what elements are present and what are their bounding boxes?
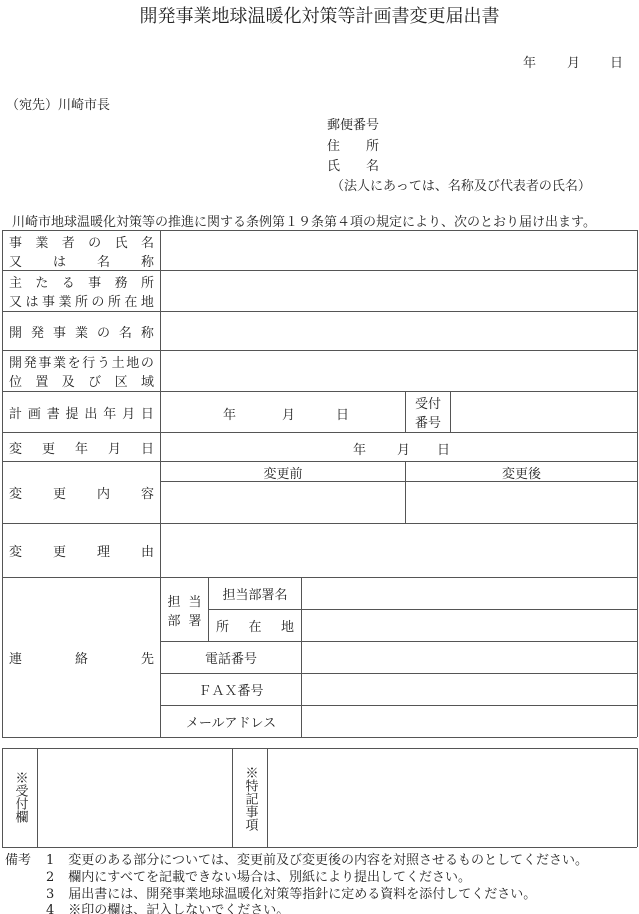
label-office-address: 主たる事務所 又は事業所の所在地 xyxy=(9,272,154,310)
office-address-field[interactable] xyxy=(161,271,637,311)
label-fax: ＦＡＸ番号 xyxy=(161,674,301,705)
plan-submit-date-field[interactable]: 年 月 日 xyxy=(161,392,405,432)
name-label: 氏名 xyxy=(327,155,379,174)
date-month: 月 xyxy=(567,52,580,71)
receipt-stamp-area xyxy=(38,749,232,847)
email-field[interactable] xyxy=(302,706,637,737)
label-receipt-number: 受付番号 xyxy=(406,392,450,432)
after-change-field[interactable] xyxy=(406,482,637,523)
before-change-field[interactable] xyxy=(161,482,405,523)
label-change-content: 変更内容 xyxy=(9,462,154,523)
addressee: （宛先）川崎市長 xyxy=(6,94,110,113)
label-department-name: 担当部署名 xyxy=(209,578,301,609)
address-label: 住所 xyxy=(327,135,379,154)
label-email: メールアドレス xyxy=(161,706,301,737)
label-change-reason: 変更理由 xyxy=(9,524,154,577)
change-date-field[interactable]: 年 月 日 xyxy=(161,433,637,461)
label-business-name: 事業者の氏名 又は名称 xyxy=(9,232,154,269)
label-phone: 電話番号 xyxy=(161,642,301,673)
corporation-note: （法人にあっては、名称及び代表者の氏名） xyxy=(331,175,591,194)
business-name-field[interactable] xyxy=(161,231,637,270)
label-special-notes: ※特記事項 xyxy=(236,758,264,838)
intro-text: 川崎市地球温暖化対策等の推進に関する条例第１９条第４項の規定により、次のとおり届… xyxy=(12,211,596,230)
label-plan-submit-date: 計画書提出年月日 xyxy=(9,392,154,432)
phone-field[interactable] xyxy=(302,642,637,673)
label-department: 担当 部署 xyxy=(161,578,208,641)
remark-item: 4※印の欄は、記入しないでください。 xyxy=(46,899,289,914)
label-change-date: 変更年月日 xyxy=(9,433,154,461)
header-before-change: 変更前 xyxy=(161,463,405,482)
page-title: 開発事業地球温暖化対策等計画書変更届出書 xyxy=(0,2,639,28)
department-location-field[interactable] xyxy=(302,610,637,641)
special-notes-area xyxy=(268,749,637,847)
fax-field[interactable] xyxy=(302,674,637,705)
label-receipt-column: ※受付欄 xyxy=(6,762,34,832)
label-project-name: 開発事業の名称 xyxy=(9,312,154,350)
remarks-heading: 備考 xyxy=(5,849,31,868)
postal-code-label: 郵便番号 xyxy=(327,114,379,133)
label-land-location: 開発事業を行う土地の 位置及び区域 xyxy=(9,352,154,390)
date-day: 日 xyxy=(610,52,623,71)
change-reason-field[interactable] xyxy=(161,524,637,577)
land-location-field[interactable] xyxy=(161,351,637,391)
label-contact: 連絡先 xyxy=(9,578,154,737)
project-name-field[interactable] xyxy=(161,312,637,350)
date-year: 年 xyxy=(523,52,536,71)
header-after-change: 変更後 xyxy=(406,463,637,482)
receipt-number-field[interactable] xyxy=(451,392,637,432)
department-name-field[interactable] xyxy=(302,578,637,609)
label-department-location: 所在地 xyxy=(216,610,294,641)
